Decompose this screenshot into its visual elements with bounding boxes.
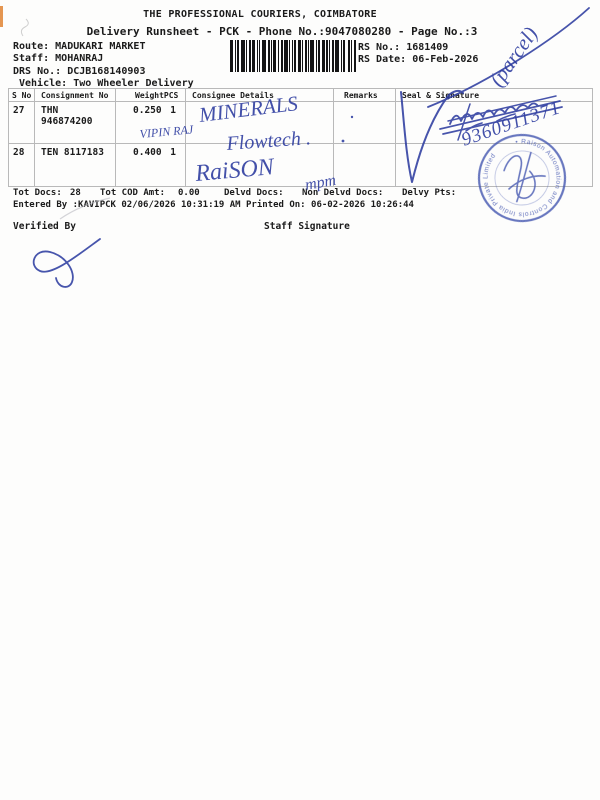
header-seal-signature: Seal & Signature bbox=[396, 89, 593, 102]
delvd-docs-label: Delvd Docs: bbox=[224, 188, 284, 198]
drs-value: DCJB168140903 bbox=[67, 66, 145, 77]
staff-label: Staff: bbox=[13, 53, 49, 64]
tot-cod-label: Tot COD Amt: bbox=[100, 188, 165, 198]
row28-seal-cell bbox=[396, 144, 593, 187]
non-delvd-docs-label: Non Delvd Docs: bbox=[302, 188, 383, 198]
tot-docs-value: 28 bbox=[70, 188, 81, 198]
rs-no-value: 1681409 bbox=[406, 42, 448, 53]
delvy-pts-label: Delvy Pts: bbox=[402, 188, 456, 198]
table-row: 27 THN 946874200 0.2501 bbox=[9, 102, 593, 144]
rs-no-line: RS No.: 1681409 bbox=[358, 42, 448, 53]
barcode bbox=[230, 40, 356, 72]
table-header-row: S No Consignment No WeightPCS Consignee … bbox=[9, 89, 593, 102]
row27-weight: 0.250 bbox=[133, 105, 162, 116]
staff-signature-label: Staff Signature bbox=[264, 221, 350, 232]
row28-pcs: 1 bbox=[170, 147, 176, 158]
route-value: MADUKARI MARKET bbox=[55, 41, 145, 52]
row28-weight: 0.400 bbox=[133, 147, 162, 158]
route-label: Route: bbox=[13, 41, 49, 52]
verified-by-signature bbox=[34, 239, 100, 287]
drs-line: DRS No.: DCJB168140903 bbox=[13, 66, 145, 77]
row27-pcs: 1 bbox=[170, 105, 176, 116]
staff-line: Staff: MOHANRAJ bbox=[13, 53, 103, 64]
header-consignee-details: Consignee Details bbox=[186, 89, 334, 102]
row28-s-no: 28 bbox=[9, 144, 35, 187]
rs-date-value: 06-Feb-2026 bbox=[412, 54, 478, 65]
row27-seal-cell bbox=[396, 102, 593, 144]
table-row: 28 TEN 8117183 0.4001 bbox=[9, 144, 593, 187]
printed-on-text: Printed On: 06-02-2026 10:26:44 bbox=[246, 200, 414, 210]
route-line: Route: MADUKARI MARKET bbox=[13, 41, 145, 52]
row28-consignment-no: TEN 8117183 bbox=[35, 144, 116, 187]
company-title: THE PROFESSIONAL COURIERS, COIMBATORE bbox=[0, 9, 520, 20]
staff-value: MOHANRAJ bbox=[55, 53, 103, 64]
header-consignment-no: Consignment No bbox=[35, 89, 116, 102]
drs-label: DRS No.: bbox=[13, 66, 61, 77]
row28-remarks-cell bbox=[334, 144, 396, 187]
row27-remarks-cell bbox=[334, 102, 396, 144]
header-remarks: Remarks bbox=[334, 89, 396, 102]
row27-consignee-cell bbox=[186, 102, 334, 144]
header-s-no: S No bbox=[9, 89, 35, 102]
row28-consignee-cell bbox=[186, 144, 334, 187]
entered-by-text: Entered By :KAVIPCK 02/06/2026 10:31:19 … bbox=[13, 200, 241, 210]
header-weight: Weight bbox=[135, 91, 164, 100]
verified-by-label: Verified By bbox=[13, 221, 76, 232]
row27-consignment-no: THN 946874200 bbox=[35, 102, 116, 144]
runsheet-page: THE PROFESSIONAL COURIERS, COIMBATORE De… bbox=[0, 0, 600, 800]
tot-docs-label: Tot Docs: bbox=[13, 188, 62, 198]
rs-no-label: RS No.: bbox=[358, 42, 400, 53]
row27-s-no: 27 bbox=[9, 102, 35, 144]
header-pcs: PCS bbox=[164, 91, 178, 100]
rs-date-label: RS Date: bbox=[358, 54, 406, 65]
consignment-table: S No Consignment No WeightPCS Consignee … bbox=[8, 88, 593, 187]
rs-date-line: RS Date: 06-Feb-2026 bbox=[358, 54, 478, 65]
runsheet-subtitle: Delivery Runsheet - PCK - Phone No.:9047… bbox=[0, 25, 564, 38]
tot-cod-value: 0.00 bbox=[178, 188, 200, 198]
